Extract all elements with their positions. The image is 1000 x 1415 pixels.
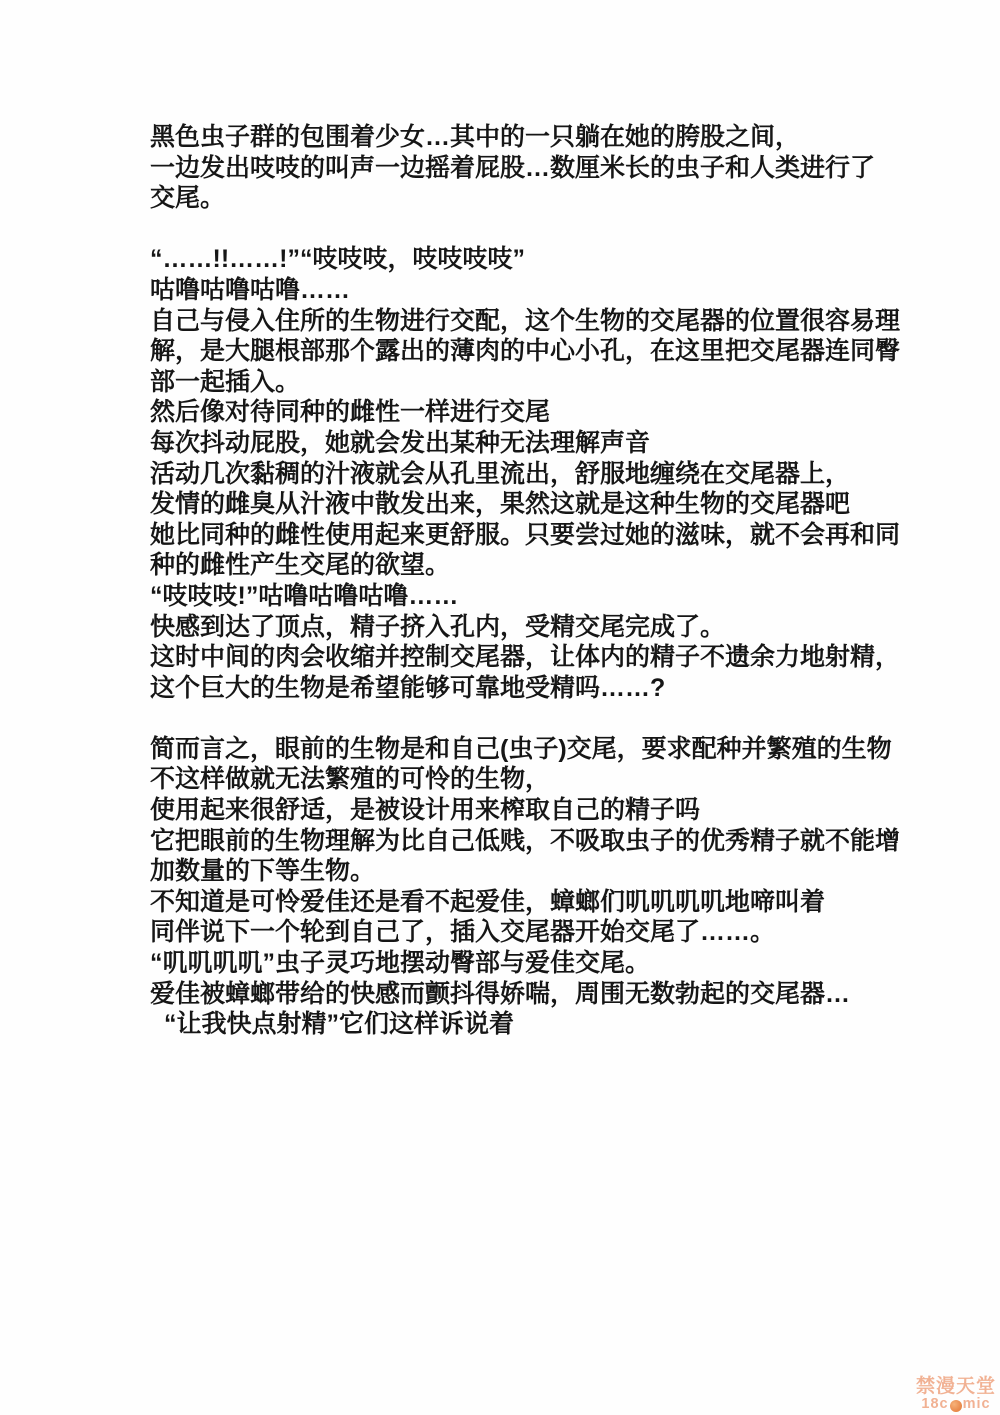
paragraph-2: “……!!……!”“吱吱吱，吱吱吱吱” 咕噜咕噜咕噜…… 自己与侵入住所的生物进…: [150, 244, 910, 703]
text-line: 加数量的下等生物。: [150, 856, 910, 887]
watermark-domain: 18c mic: [916, 1397, 996, 1412]
text-line: 黑色虫子群的包围着少女…其中的一只躺在她的胯股之间，: [150, 122, 910, 153]
document-page: 黑色虫子群的包围着少女…其中的一只躺在她的胯股之间， 一边发出吱吱的叫声一边摇着…: [0, 0, 1000, 1415]
paragraph-1: 黑色虫子群的包围着少女…其中的一只躺在她的胯股之间， 一边发出吱吱的叫声一边摇着…: [150, 122, 910, 214]
text-line: 部一起插入。: [150, 367, 910, 398]
watermark-domain-suffix: mic: [963, 1397, 991, 1412]
text-line: 这个巨大的生物是希望能够可靠地受精吗……?: [150, 673, 910, 704]
paragraph-3: 简而言之，眼前的生物是和自己(虫子)交尾，要求配种并繁殖的生物 不这样做就无法繁…: [150, 734, 910, 1040]
text-line: 一边发出吱吱的叫声一边摇着屁股…数厘米长的虫子和人类进行了: [150, 153, 910, 184]
text-line: “吱吱吱!”咕噜咕噜咕噜……: [150, 581, 910, 612]
text-line: “让我快点射精”它们这样诉说着: [150, 1009, 910, 1040]
text-line: 这时中间的肉会收缩并控制交尾器，让体内的精子不遗余力地射精，: [150, 642, 910, 673]
text-line: 发情的雌臭从汁液中散发出来，果然这就是这种生物的交尾器吧: [150, 489, 910, 520]
watermark-domain-prefix: 18c: [921, 1397, 948, 1412]
text-line: 交尾。: [150, 183, 910, 214]
text-line: 同伴说下一个轮到自己了，插入交尾器开始交尾了……。: [150, 917, 910, 948]
text-line: 每次抖动屁股，她就会发出某种无法理解声音: [150, 428, 910, 459]
text-line: 解，是大腿根部那个露出的薄肉的中心小孔，在这里把交尾器连同臀: [150, 336, 910, 367]
orange-fruit-icon: [950, 1400, 962, 1412]
text-line: 使用起来很舒适，是被设计用来榨取自己的精子吗: [150, 795, 910, 826]
text-line: 快感到达了顶点，精子挤入孔内，受精交尾完成了。: [150, 612, 910, 643]
text-line: 活动几次黏稠的汁液就会从孔里流出，舒服地缠绕在交尾器上，: [150, 459, 910, 490]
text-line: “……!!……!”“吱吱吱，吱吱吱吱”: [150, 244, 910, 275]
text-line: 然后像对待同种的雌性一样进行交尾: [150, 397, 910, 428]
text-line: “叽叽叽叽”虫子灵巧地摆动臀部与爱佳交尾。: [150, 948, 910, 979]
story-text-block: 黑色虫子群的包围着少女…其中的一只躺在她的胯股之间， 一边发出吱吱的叫声一边摇着…: [150, 122, 910, 1040]
text-line: 她比同种的雌性使用起来更舒服。只要尝过她的滋味，就不会再和同: [150, 520, 910, 551]
watermark-site-name: 禁漫天堂: [916, 1377, 996, 1397]
text-line: 不这样做就无法繁殖的可怜的生物，: [150, 764, 910, 795]
text-line: 简而言之，眼前的生物是和自己(虫子)交尾，要求配种并繁殖的生物: [150, 734, 910, 765]
text-line: 爱佳被蟑螂带给的快感而颤抖得娇喘，周围无数勃起的交尾器…: [150, 979, 910, 1010]
site-watermark: 禁漫天堂 18c mic: [916, 1377, 996, 1412]
text-line: 自己与侵入住所的生物进行交配，这个生物的交尾器的位置很容易理: [150, 306, 910, 337]
text-line: 种的雌性产生交尾的欲望。: [150, 550, 910, 581]
text-line: 不知道是可怜爱佳还是看不起爱佳，蟑螂们叽叽叽叽地啼叫着: [150, 887, 910, 918]
text-line: 咕噜咕噜咕噜……: [150, 275, 910, 306]
text-line: 它把眼前的生物理解为比自己低贱，不吸取虫子的优秀精子就不能增: [150, 826, 910, 857]
